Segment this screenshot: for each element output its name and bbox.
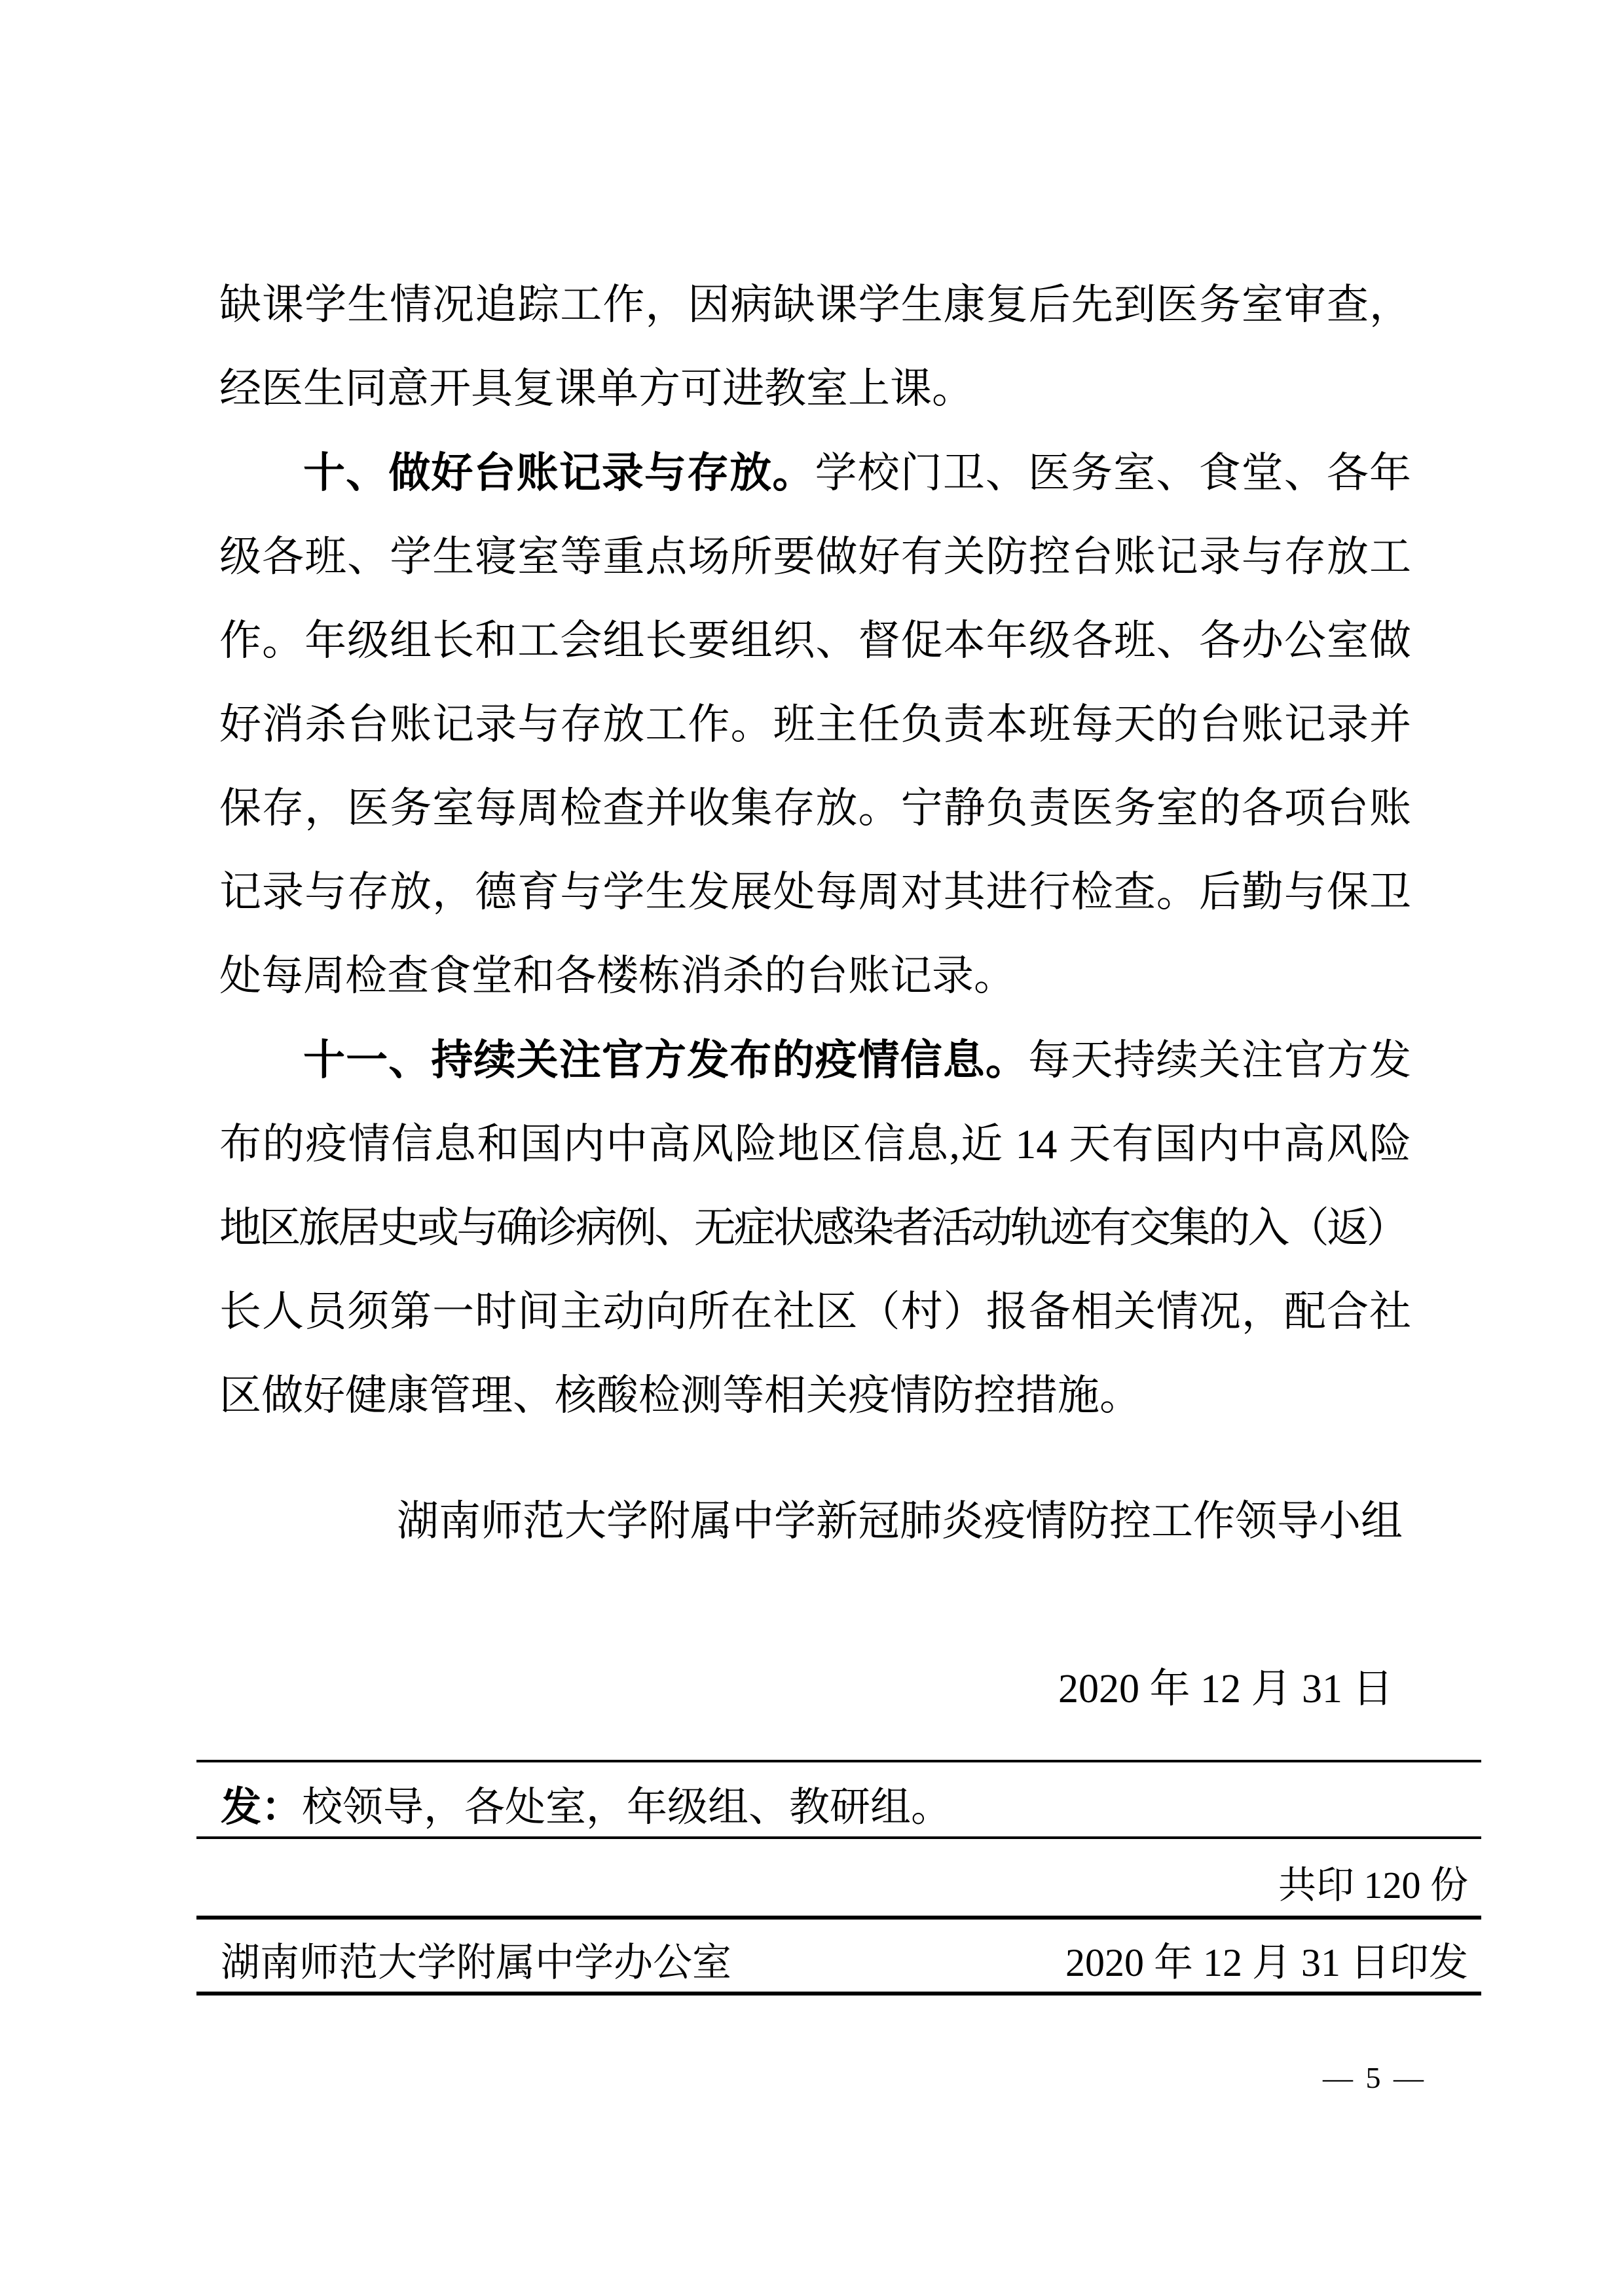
distribution-row: 发：校领导，各处室，年级组、教研组。 <box>221 1785 951 1831</box>
body-line-text: 级各班、学生寝室等重点场所要做好有关防控台账记录与存放工 <box>219 534 1411 580</box>
body-line: 地区旅居史或与确诊病例、无症状感染者活动轨迹有交集的入（返） <box>219 1186 1411 1270</box>
body-line: 长人员须第一时间主动向所在社区（村）报备相关情况，配合社 <box>219 1270 1411 1354</box>
issuing-office: 湖南师范大学附属中学办公室 <box>221 1941 731 1985</box>
imprint-row: 湖南师范大学附属中学办公室 2020 年 12 月 31 日印发 <box>221 1941 1468 1985</box>
body-line: 十、做好台账记录与存放。学校门卫、医务室、食堂、各年 <box>219 431 1411 515</box>
body-line-text: 区做好健康管理、核酸检测等相关疫情防控措施。 <box>219 1372 1141 1419</box>
divider-line <box>196 1836 1481 1839</box>
body-line: 布的疫情信息和国内中高风险地区信息,近 14 天有国内中高风险 <box>219 1102 1411 1186</box>
body-line-text: 学校门卫、医务室、食堂、各年 <box>815 450 1411 496</box>
body-line: 好消杀台账记录与存放工作。班主任负责本班每天的台账记录并 <box>219 683 1411 767</box>
page-number: — 5 — <box>1323 2061 1426 2095</box>
body-line-text: 好消杀台账记录与存放工作。班主任负责本班每天的台账记录并 <box>219 701 1411 748</box>
print-date: 2020 年 12 月 31 日印发 <box>1065 1941 1468 1985</box>
body-line: 作。年级组长和工会组长要组织、督促本年级各班、各办公室做 <box>219 599 1411 683</box>
divider-line <box>196 1916 1481 1920</box>
body-line-text: 布的疫情信息和国内中高风险地区信息,近 14 天有国内中高风险 <box>219 1121 1411 1167</box>
body-line-text: 长人员须第一时间主动向所在社区（村）报备相关情况，配合社 <box>219 1288 1411 1335</box>
body-line: 保存，医务室每周检查并收集存放。宁静负责医务室的各项台账 <box>219 767 1411 850</box>
document-page: 缺课学生情况追踪工作，因病缺课学生康复后先到医务室审查， 经医生同意开具复课单方… <box>0 0 1624 2296</box>
distribution-label: 发： <box>221 1785 302 1830</box>
body-line-text: 缺课学生情况追踪工作，因病缺课学生康复后先到医务室审查， <box>219 282 1411 328</box>
body-line: 十一、持续关注官方发布的疫情信息。每天持续关注官方发 <box>219 1018 1411 1102</box>
divider-line <box>196 1992 1481 1995</box>
body-line: 缺课学生情况追踪工作，因病缺课学生康复后先到医务室审查， <box>219 263 1411 347</box>
section-heading: 十、做好台账记录与存放。 <box>303 449 815 496</box>
print-count: 共印 120 份 <box>1278 1865 1468 1906</box>
body-line-text: 保存，医务室每周检查并收集存放。宁静负责医务室的各项台账 <box>219 785 1411 831</box>
body-line: 区做好健康管理、核酸检测等相关疫情防控措施。 <box>219 1354 1411 1438</box>
body-line-text: 经医生同意开具复课单方可进教室上课。 <box>219 365 974 412</box>
distribution-text: 校领导，各处室，年级组、教研组。 <box>302 1785 951 1830</box>
document-date: 2020 年 12 月 31 日 <box>1058 1667 1393 1711</box>
section-heading: 十一、持续关注官方发布的疫情信息。 <box>303 1036 1028 1084</box>
body-line-text: 地区旅居史或与确诊病例、无症状感染者活动轨迹有交集的入（返） <box>219 1205 1406 1251</box>
body-line: 经医生同意开具复课单方可进教室上课。 <box>219 347 1411 431</box>
body-line-text: 处每周检查食堂和各楼栋消杀的台账记录。 <box>219 953 1016 999</box>
body-line-text: 记录与存放，德育与学生发展处每周对其进行检查。后勤与保卫 <box>219 869 1411 915</box>
signature-line: 湖南师范大学附属中学新冠肺炎疫情防控工作领导小组 <box>397 1498 1403 1545</box>
body-line: 级各班、学生寝室等重点场所要做好有关防控台账记录与存放工 <box>219 515 1411 599</box>
body-line: 记录与存放，德育与学生发展处每周对其进行检查。后勤与保卫 <box>219 850 1411 934</box>
divider-line <box>196 1760 1481 1762</box>
document-body: 缺课学生情况追踪工作，因病缺课学生康复后先到医务室审查， 经医生同意开具复课单方… <box>219 263 1411 1438</box>
body-line-text: 作。年级组长和工会组长要组织、督促本年级各班、各办公室做 <box>219 617 1411 664</box>
body-line: 处每周检查食堂和各楼栋消杀的台账记录。 <box>219 934 1411 1018</box>
body-line-text: 每天持续关注官方发 <box>1028 1037 1411 1084</box>
